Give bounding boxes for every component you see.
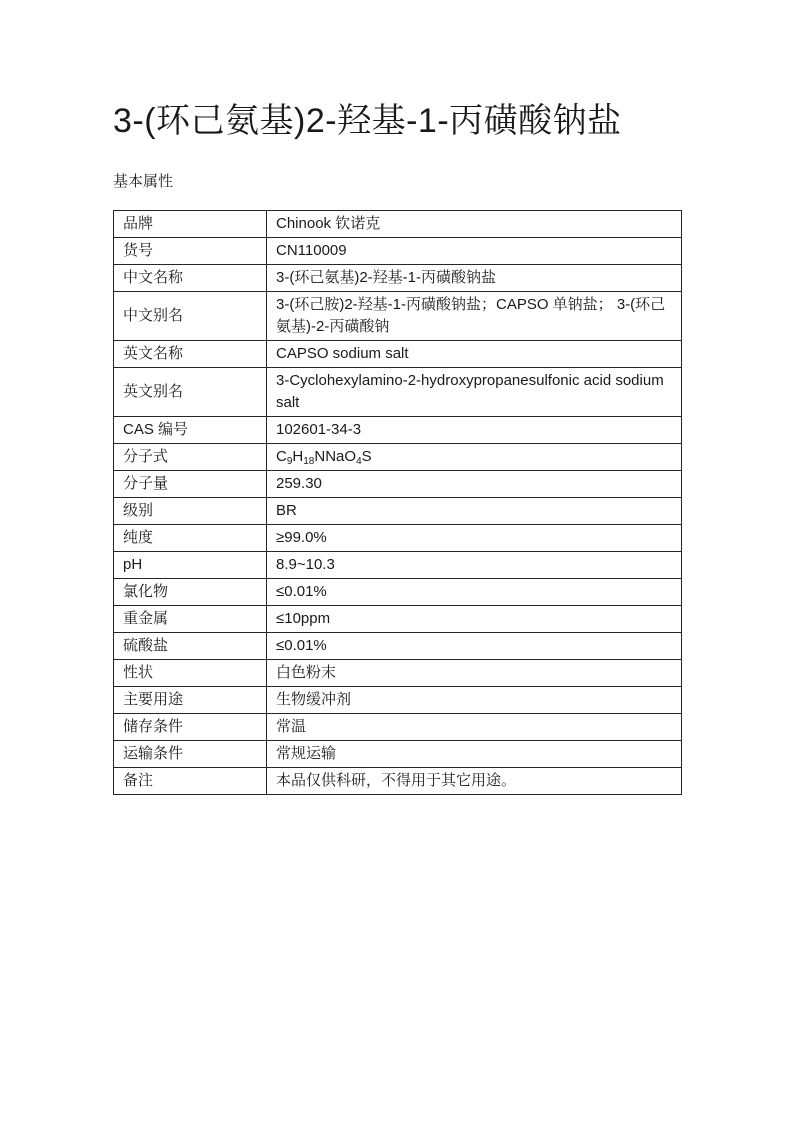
property-label: 货号 bbox=[114, 238, 267, 265]
property-value: C9H18NNaO4S bbox=[267, 444, 682, 471]
table-row: 备注本品仅供科研，不得用于其它用途。 bbox=[114, 768, 682, 795]
table-row: 纯度≥99.0% bbox=[114, 525, 682, 552]
property-value: BR bbox=[267, 498, 682, 525]
table-row: 级别BR bbox=[114, 498, 682, 525]
document-page: 3-(环己氨基)2-羟基-1-丙磺酸钠盐 基本属性 品牌Chinook 钦诺克货… bbox=[113, 0, 682, 795]
table-row: 英文别名3-Cyclohexylamino-2-hydroxypropanesu… bbox=[114, 368, 682, 417]
property-label: 性状 bbox=[114, 660, 267, 687]
table-row: 货号CN110009 bbox=[114, 238, 682, 265]
property-value: ≤10ppm bbox=[267, 606, 682, 633]
table-row: 品牌Chinook 钦诺克 bbox=[114, 211, 682, 238]
property-label: 运输条件 bbox=[114, 741, 267, 768]
property-label: 储存条件 bbox=[114, 714, 267, 741]
table-row: 分子式C9H18NNaO4S bbox=[114, 444, 682, 471]
table-row: 分子量259.30 bbox=[114, 471, 682, 498]
property-value: 本品仅供科研，不得用于其它用途。 bbox=[267, 768, 682, 795]
property-label: 英文名称 bbox=[114, 341, 267, 368]
section-heading-basic-properties: 基本属性 bbox=[113, 172, 682, 192]
properties-table-body: 品牌Chinook 钦诺克货号CN110009中文名称3-(环己氨基)2-羟基-… bbox=[114, 211, 682, 795]
property-value: 3-(环己氨基)2-羟基-1-丙磺酸钠盐 bbox=[267, 265, 682, 292]
property-label: 分子式 bbox=[114, 444, 267, 471]
property-value: 102601-34-3 bbox=[267, 417, 682, 444]
property-value: ≤0.01% bbox=[267, 633, 682, 660]
property-value: Chinook 钦诺克 bbox=[267, 211, 682, 238]
basic-properties-table: 品牌Chinook 钦诺克货号CN110009中文名称3-(环己氨基)2-羟基-… bbox=[113, 210, 682, 795]
property-label: 级别 bbox=[114, 498, 267, 525]
property-label: 中文别名 bbox=[114, 292, 267, 341]
property-value: 常规运输 bbox=[267, 741, 682, 768]
property-value: CN110009 bbox=[267, 238, 682, 265]
property-label: 硫酸盐 bbox=[114, 633, 267, 660]
table-row: 硫酸盐≤0.01% bbox=[114, 633, 682, 660]
property-label: 品牌 bbox=[114, 211, 267, 238]
property-label: 中文名称 bbox=[114, 265, 267, 292]
table-row: 性状白色粉末 bbox=[114, 660, 682, 687]
table-row: pH8.9~10.3 bbox=[114, 552, 682, 579]
table-row: 中文别名3-(环己胺)2-羟基-1-丙磺酸钠盐；CAPSO 单钠盐； 3-(环己… bbox=[114, 292, 682, 341]
table-row: 主要用途生物缓冲剂 bbox=[114, 687, 682, 714]
table-row: 运输条件常规运输 bbox=[114, 741, 682, 768]
property-value: CAPSO sodium salt bbox=[267, 341, 682, 368]
table-row: 英文名称CAPSO sodium salt bbox=[114, 341, 682, 368]
property-value: 常温 bbox=[267, 714, 682, 741]
table-row: 储存条件常温 bbox=[114, 714, 682, 741]
property-label: CAS 编号 bbox=[114, 417, 267, 444]
property-label: 主要用途 bbox=[114, 687, 267, 714]
property-value: 生物缓冲剂 bbox=[267, 687, 682, 714]
property-label: 分子量 bbox=[114, 471, 267, 498]
property-label: 重金属 bbox=[114, 606, 267, 633]
property-value: 3-(环己胺)2-羟基-1-丙磺酸钠盐；CAPSO 单钠盐； 3-(环己氨基)-… bbox=[267, 292, 682, 341]
property-value: ≥99.0% bbox=[267, 525, 682, 552]
table-row: CAS 编号102601-34-3 bbox=[114, 417, 682, 444]
property-label: 纯度 bbox=[114, 525, 267, 552]
property-value: 8.9~10.3 bbox=[267, 552, 682, 579]
table-row: 氯化物≤0.01% bbox=[114, 579, 682, 606]
table-row: 中文名称3-(环己氨基)2-羟基-1-丙磺酸钠盐 bbox=[114, 265, 682, 292]
property-label: pH bbox=[114, 552, 267, 579]
property-label: 氯化物 bbox=[114, 579, 267, 606]
table-row: 重金属≤10ppm bbox=[114, 606, 682, 633]
property-value: 白色粉末 bbox=[267, 660, 682, 687]
property-value: ≤0.01% bbox=[267, 579, 682, 606]
property-label: 英文别名 bbox=[114, 368, 267, 417]
property-value: 259.30 bbox=[267, 471, 682, 498]
property-label: 备注 bbox=[114, 768, 267, 795]
page-title: 3-(环己氨基)2-羟基-1-丙磺酸钠盐 bbox=[113, 0, 682, 146]
property-value: 3-Cyclohexylamino-2-hydroxypropanesulfon… bbox=[267, 368, 682, 417]
